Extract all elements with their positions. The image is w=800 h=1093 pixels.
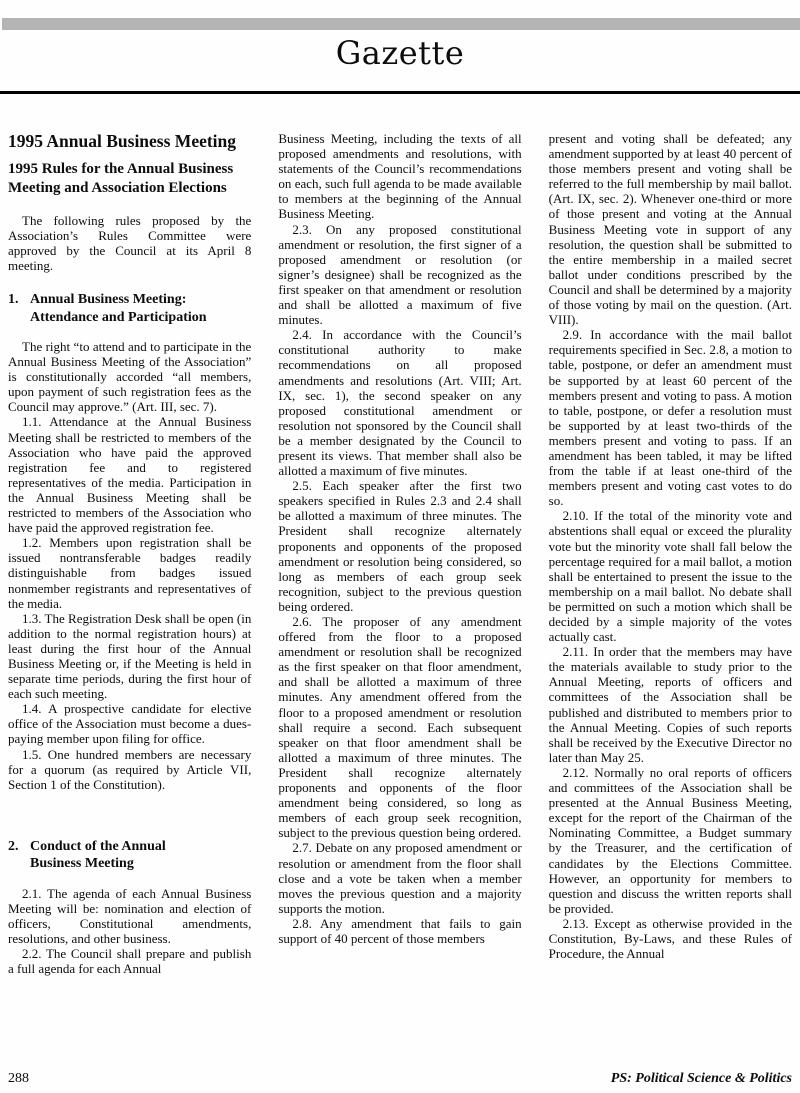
page-number: 288 xyxy=(8,1071,29,1087)
section-1-title: Annual Business Meeting: Attendance and … xyxy=(30,291,207,326)
intro-paragraph: The following rules proposed by the Asso… xyxy=(8,213,251,273)
page-footer: 288 PS: Political Science & Politics xyxy=(8,1071,792,1087)
text-column-1: 1995 Annual Business Meeting 1995 Rules … xyxy=(8,131,251,1063)
para-1-4: 1.4. A prospective candidate for electiv… xyxy=(8,701,251,746)
para-2-8: 2.8. Any amendment that fails to gain su… xyxy=(278,916,521,946)
journal-page: Gazette 1995 Annual Business Meeting 199… xyxy=(0,0,800,1093)
para-2-3: 2.3. On any proposed constitutional amen… xyxy=(278,222,521,328)
para-2-10: 2.10. If the total of the minority vote … xyxy=(549,508,792,644)
para-2-1: 2.1. The agenda of each Annual Business … xyxy=(8,886,251,946)
article-body: 1995 Annual Business Meeting 1995 Rules … xyxy=(8,131,792,1063)
para-2-9: 2.9. In accordance with the mail ballot … xyxy=(549,327,792,508)
para-2-7: 2.7. Debate on any proposed amendment or… xyxy=(278,840,521,915)
section-1-number: 1. xyxy=(8,291,30,326)
section-1-heading: 1. Annual Business Meeting: Attendance a… xyxy=(8,291,251,326)
section-2-number: 2. xyxy=(8,838,30,873)
decorative-top-bar xyxy=(2,18,800,30)
para-right-to-attend: The right “to attend and to participate … xyxy=(8,339,251,414)
para-2-13: 2.13. Except as otherwise provided in th… xyxy=(549,916,792,961)
section-2-heading: 2. Conduct of the Annual Business Meetin… xyxy=(8,838,251,873)
para-2-5: 2.5. Each speaker after the first two sp… xyxy=(278,478,521,614)
section-2-title: Conduct of the Annual Business Meeting xyxy=(30,838,166,873)
para-1-2: 1.2. Members upon registration shall be … xyxy=(8,535,251,610)
para-2-2-continuation: Business Meeting, including the texts of… xyxy=(278,131,521,222)
text-column-2: Business Meeting, including the texts of… xyxy=(278,131,521,1063)
para-2-2: 2.2. The Council shall prepare and publi… xyxy=(8,946,251,976)
article-subtitle: 1995 Rules for the Annual Business Meeti… xyxy=(8,160,251,198)
para-1-1: 1.1. Attendance at the Annual Business M… xyxy=(8,414,251,535)
article-title: 1995 Annual Business Meeting xyxy=(8,131,251,151)
para-1-3: 1.3. The Registration Desk shall be open… xyxy=(8,611,251,702)
gazette-masthead: Gazette xyxy=(0,36,800,71)
para-2-6: 2.6. The proposer of any amendment offer… xyxy=(278,614,521,840)
para-2-8-continuation: present and voting shall be defeated; an… xyxy=(549,131,792,327)
para-2-12: 2.12. Normally no oral reports of office… xyxy=(549,765,792,916)
header-divider-rule xyxy=(0,91,800,94)
journal-title: PS: Political Science & Politics xyxy=(611,1071,792,1087)
para-2-4: 2.4. In accordance with the Council’s co… xyxy=(278,327,521,478)
text-column-3: present and voting shall be defeated; an… xyxy=(549,131,792,1063)
para-2-11: 2.11. In order that the members may have… xyxy=(549,644,792,765)
para-1-5: 1.5. One hundred members are necessary f… xyxy=(8,747,251,792)
